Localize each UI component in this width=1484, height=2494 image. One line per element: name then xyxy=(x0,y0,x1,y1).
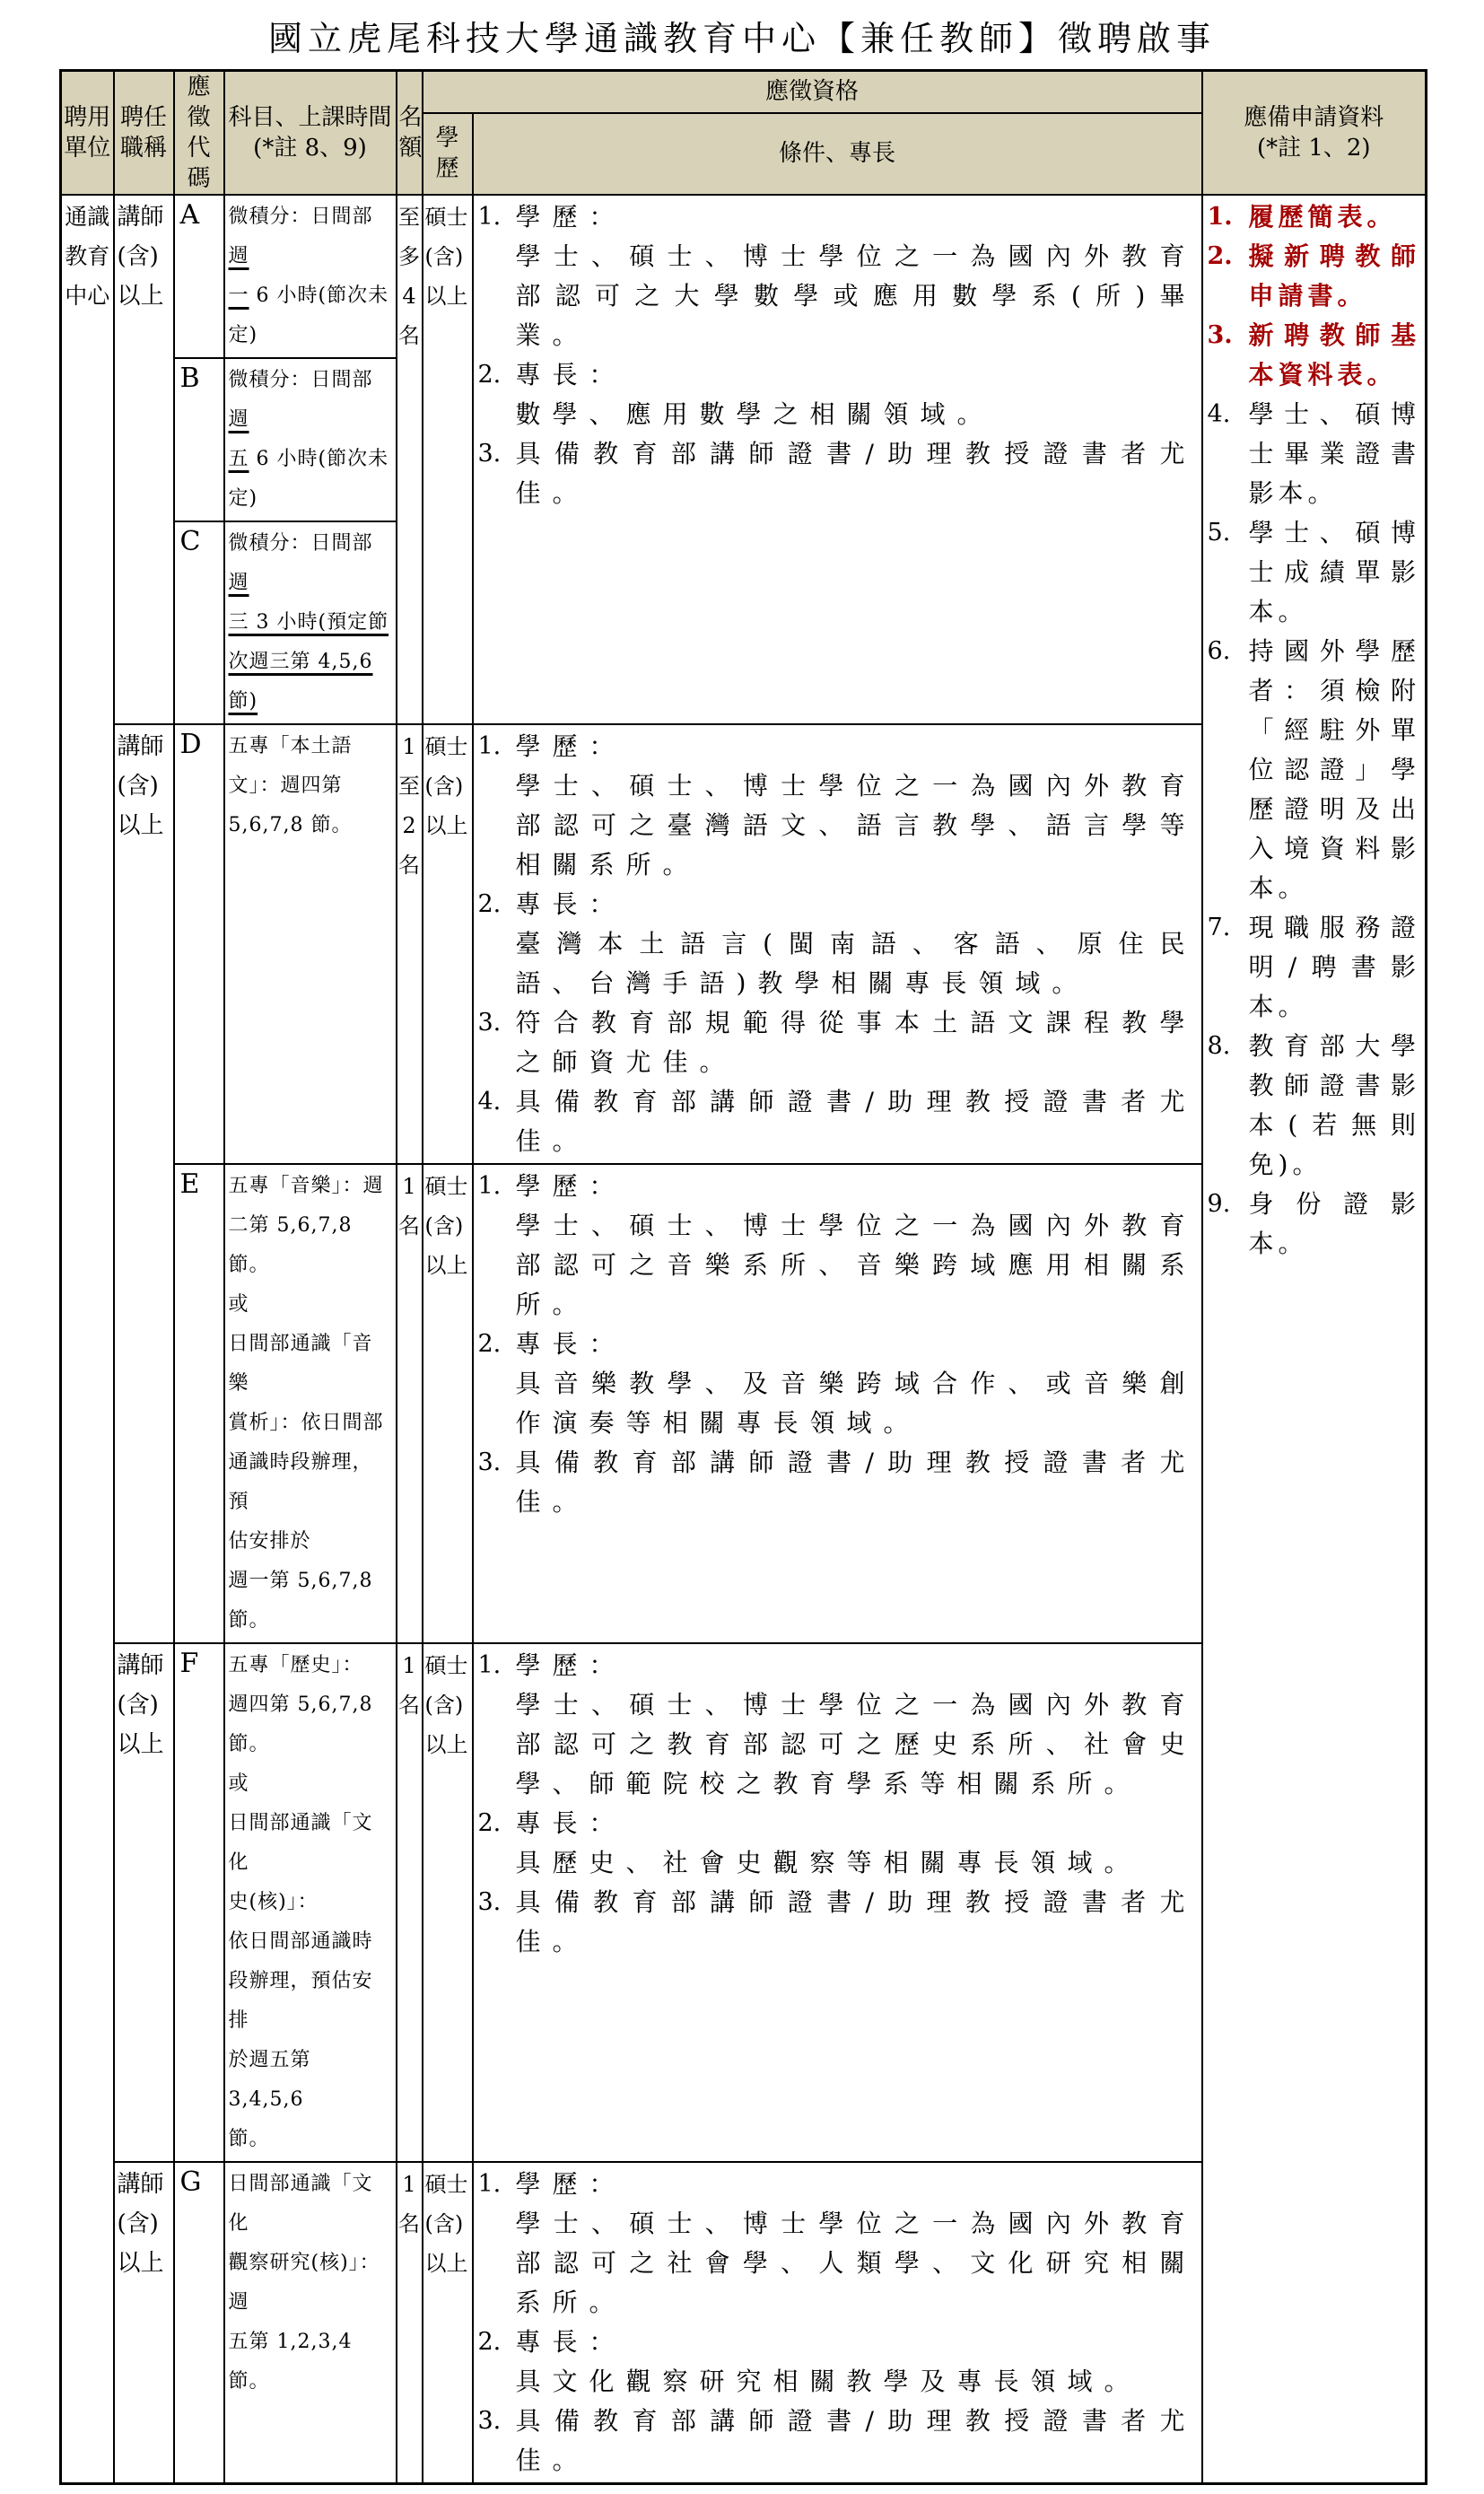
text-segment: 微積分：日間部 xyxy=(229,532,373,555)
education-cell-e: 碩士 (含) 以上 xyxy=(423,1164,473,1643)
education-cell-g: 碩士 (含) 以上 xyxy=(423,2162,473,2484)
header-position-title: 聘任職稱 xyxy=(114,71,174,196)
list-item-text: 學士、碩博士畢業證書影本。 xyxy=(1249,395,1421,513)
list-item-number: 2. xyxy=(478,1325,516,1364)
list-item-text: 符合教育部規範得從事本土語文課程教學之師資尤佳。 xyxy=(516,1003,1197,1082)
qualification-cell-f: 1.學歷： 學士、碩士、博士學位之一為國內外教育部認可之教育部認可之歷史系所、社… xyxy=(473,1643,1202,2162)
code-cell-e: E xyxy=(174,1164,224,1643)
page-title: 國立虎尾科技大學通識教育中心【兼任教師】徵聘啟事 xyxy=(59,11,1425,60)
header-subject-time: 科目、上課時間 (*註 8、9) xyxy=(224,71,397,196)
list-item-number: 1. xyxy=(478,1646,516,1685)
list-item: 2.專長： 臺灣本土語言(閩南語、客語、原住民語、台灣手語)教學相關專長領域。 xyxy=(478,885,1197,1003)
header-application-code: 應徵代碼 xyxy=(174,71,224,196)
list-item-text: 學歷： 學士、碩士、博士學位之一為國內外教育部認可之音樂系所、音樂跨域應用相關系… xyxy=(516,1167,1197,1325)
code-cell-c: C xyxy=(174,521,224,724)
list-item: 3.具備教育部講師證書/助理教授證書者尤佳。 xyxy=(478,434,1197,513)
qualification-cell-e: 1.學歷： 學士、碩士、博士學位之一為國內外教育部認可之音樂系所、音樂跨域應用相… xyxy=(473,1164,1202,1643)
list-item: 3.新聘教師基本資料表。 xyxy=(1208,316,1421,395)
list-item-number: 7. xyxy=(1208,908,1249,948)
list-item: 3.具備教育部講師證書/助理教授證書者尤佳。 xyxy=(478,1443,1197,1522)
qualification-cell-abc: 1.學歷： 學士、碩士、博士學位之一為國內外教育部認可之大學數學或應用數學系(所… xyxy=(473,195,1202,724)
list-item: 1.學歷： 學士、碩士、博士學位之一為國內外教育部認可之音樂系所、音樂跨域應用相… xyxy=(478,1167,1197,1325)
position-cell-de: 講師 (含) 以上 xyxy=(114,724,174,1643)
table-row-a: 通識 教育 中心 講師 (含) 以上 A 微積分：日間部週 一 6 小時(節次未… xyxy=(61,195,1427,358)
list-item-number: 3. xyxy=(478,1883,516,1922)
list-item-number: 5. xyxy=(1208,513,1249,553)
list-item-number: 3. xyxy=(478,2402,516,2441)
list-item-number: 2. xyxy=(478,2323,516,2362)
text-segment: 日間部通識「文化 觀察研究(核)」：週 五第 1,2,3,4 節。 xyxy=(229,2173,380,2393)
list-item: 1.履歷簡表。 xyxy=(1208,197,1421,237)
education-cell-d: 碩士 (含) 以上 xyxy=(423,724,473,1164)
list-item-text: 具備教育部講師證書/助理教授證書者尤佳。 xyxy=(516,1883,1197,1962)
education-cell-abc: 碩士 (含) 以上 xyxy=(423,195,473,724)
text-segment: 微積分：日間部 xyxy=(229,206,373,228)
list-item-text: 身份證影本。 xyxy=(1249,1185,1421,1264)
code-cell-g: G xyxy=(174,2162,224,2484)
header-documents: 應備申請資料 (*註 1、2) xyxy=(1202,71,1427,196)
text-segment: 6 小時(節次未定) xyxy=(229,448,389,510)
list-item-number: 1. xyxy=(478,197,516,237)
underlined-text: 週 五 xyxy=(229,408,249,470)
list-item-text: 具備教育部講師證書/助理教授證書者尤佳。 xyxy=(516,1443,1197,1522)
qualification-cell-g: 1.學歷： 學士、碩士、博士學位之一為國內外教育部認可之社會學、人類學、文化研究… xyxy=(473,2162,1202,2484)
subject-cell-b: 微積分：日間部週 五 6 小時(節次未定) xyxy=(224,358,397,521)
recruitment-table: 聘用單位 聘任職稱 應徵代碼 科目、上課時間 (*註 8、9) 名額 應徵資格 … xyxy=(59,69,1427,2485)
list-item-number: 3. xyxy=(478,434,516,474)
list-item: 1.學歷： 學士、碩士、博士學位之一為國內外教育部認可之教育部認可之歷史系所、社… xyxy=(478,1646,1197,1804)
list-item: 5.學士、碩博士成績單影本。 xyxy=(1208,513,1421,632)
list-item-number: 1. xyxy=(478,1167,516,1206)
list-item: 2.專長： 數學、應用數學之相關領域。 xyxy=(478,355,1197,434)
subject-cell-e: 五專「音樂」：週 二第 5,6,7,8 節。 或 日間部通識「音樂 賞析」：依日… xyxy=(224,1164,397,1643)
list-item-text: 學歷： 學士、碩士、博士學位之一為國內外教育部認可之大學數學或應用數學系(所)畢… xyxy=(516,197,1197,355)
list-item: 1.學歷： 學士、碩士、博士學位之一為國內外教育部認可之大學數學或應用數學系(所… xyxy=(478,197,1197,355)
subject-cell-a: 微積分：日間部週 一 6 小時(節次未定) xyxy=(224,195,397,358)
subject-cell-d: 五專「本土語 文」：週四第 5,6,7,8 節。 xyxy=(224,724,397,1164)
qualification-cell-d: 1.學歷： 學士、碩士、博士學位之一為國內外教育部認可之臺灣語文、語言教學、語言… xyxy=(473,724,1202,1164)
quota-cell-d: 1 至 2 名 xyxy=(397,724,423,1164)
list-item-number: 2. xyxy=(478,355,516,395)
list-item-number: 3. xyxy=(478,1003,516,1043)
position-cell-abc: 講師 (含) 以上 xyxy=(114,195,174,724)
text-segment: 微積分：日間部 xyxy=(229,369,373,391)
list-item: 2.擬新聘教師申請書。 xyxy=(1208,237,1421,316)
list-item: 2.專長： 具歷史、社會史觀察等相關專長領域。 xyxy=(478,1804,1197,1883)
quota-cell-e: 1 名 xyxy=(397,1164,423,1643)
documents-cell: 1.履歷簡表。2.擬新聘教師申請書。3.新聘教師基本資料表。4.學士、碩博士畢業… xyxy=(1202,195,1427,2484)
position-cell-g: 講師 (含) 以上 xyxy=(114,2162,174,2484)
quota-cell-f: 1 名 xyxy=(397,1643,423,2162)
list-item-text: 具備教育部講師證書/助理教授證書者尤佳。 xyxy=(516,434,1197,513)
list-item-text: 學歷： 學士、碩士、博士學位之一為國內外教育部認可之教育部認可之歷史系所、社會史… xyxy=(516,1646,1197,1804)
education-cell-f: 碩士 (含) 以上 xyxy=(423,1643,473,2162)
list-item-text: 履歷簡表。 xyxy=(1249,197,1421,237)
list-item-text: 專長： 具音樂教學、及音樂跨域合作、或音樂創作演奏等相關專長領域。 xyxy=(516,1325,1197,1443)
table-body: 通識 教育 中心 講師 (含) 以上 A 微積分：日間部週 一 6 小時(節次未… xyxy=(61,195,1427,2484)
hiring-unit-cell: 通識 教育 中心 xyxy=(61,195,114,2484)
header-hiring-unit: 聘用單位 xyxy=(61,71,114,196)
text-segment: 五專「歷史」： 週四第 5,6,7,8 節。 或 日間部通識「文化 史(核)」：… xyxy=(229,1654,373,2150)
subject-cell-g: 日間部通識「文化 觀察研究(核)」：週 五第 1,2,3,4 節。 xyxy=(224,2162,397,2484)
list-item: 2.專長： 具文化觀察研究相關教學及專長領域。 xyxy=(478,2323,1197,2402)
subject-cell-c: 微積分：日間部週 三 3 小時(預定節 次週三第 4,5,6 節) xyxy=(224,521,397,724)
list-item-text: 專長： 臺灣本土語言(閩南語、客語、原住民語、台灣手語)教學相關專長領域。 xyxy=(516,885,1197,1003)
list-item-number: 2. xyxy=(1208,237,1249,276)
code-cell-a: A xyxy=(174,195,224,358)
list-item-number: 1. xyxy=(1208,197,1249,237)
table-header: 聘用單位 聘任職稱 應徵代碼 科目、上課時間 (*註 8、9) 名額 應徵資格 … xyxy=(61,71,1427,196)
list-item-text: 現職服務證明/聘書影本。 xyxy=(1249,908,1421,1027)
list-item-text: 學歷： 學士、碩士、博士學位之一為國內外教育部認可之社會學、人類學、文化研究相關… xyxy=(516,2165,1197,2323)
list-item-text: 持國外學歷者：須檢附「經駐外單位認證」學歷證明及出入境資料影本。 xyxy=(1249,632,1421,908)
code-cell-d: D xyxy=(174,724,224,1164)
list-item-number: 9. xyxy=(1208,1185,1249,1224)
position-cell-f: 講師 (含) 以上 xyxy=(114,1643,174,2162)
quota-cell-abc: 至 多 4 名 xyxy=(397,195,423,724)
quota-cell-g: 1 名 xyxy=(397,2162,423,2484)
text-segment: 五專「本土語 文」：週四第 5,6,7,8 節。 xyxy=(229,735,353,836)
text-segment: 6 小時(節次未定) xyxy=(229,284,389,346)
list-item-number: 3. xyxy=(478,1443,516,1483)
list-item-number: 6. xyxy=(1208,632,1249,671)
list-item-text: 具備教育部講師證書/助理教授證書者尤佳。 xyxy=(516,1082,1197,1161)
list-item-number: 4. xyxy=(478,1082,516,1122)
list-item-text: 教育部大學教師證書影本(若無則免)。 xyxy=(1249,1027,1421,1185)
list-item: 3.符合教育部規範得從事本土語文課程教學之師資尤佳。 xyxy=(478,1003,1197,1082)
subject-cell-f: 五專「歷史」： 週四第 5,6,7,8 節。 或 日間部通識「文化 史(核)」：… xyxy=(224,1643,397,2162)
code-cell-b: B xyxy=(174,358,224,521)
list-item: 3.具備教育部講師證書/助理教授證書者尤佳。 xyxy=(478,1883,1197,1962)
underlined-text: 週 三 3 小時(預定節 次週三第 4,5,6 節) xyxy=(229,572,389,713)
list-item-text: 專長： 數學、應用數學之相關領域。 xyxy=(516,355,1197,434)
list-item: 7.現職服務證明/聘書影本。 xyxy=(1208,908,1421,1027)
list-item-number: 1. xyxy=(478,2165,516,2204)
list-item: 9.身份證影本。 xyxy=(1208,1185,1421,1264)
code-cell-f: F xyxy=(174,1643,224,2162)
list-item-text: 新聘教師基本資料表。 xyxy=(1249,316,1421,395)
list-item-text: 擬新聘教師申請書。 xyxy=(1249,237,1421,316)
list-item-text: 專長： 具歷史、社會史觀察等相關專長領域。 xyxy=(516,1804,1197,1883)
list-item: 6.持國外學歷者：須檢附「經駐外單位認證」學歷證明及出入境資料影本。 xyxy=(1208,632,1421,908)
list-item-text: 專長： 具文化觀察研究相關教學及專長領域。 xyxy=(516,2323,1197,2402)
list-item: 1.學歷： 學士、碩士、博士學位之一為國內外教育部認可之社會學、人類學、文化研究… xyxy=(478,2165,1197,2323)
header-qualification: 應徵資格 xyxy=(423,71,1202,113)
list-item-number: 4. xyxy=(1208,395,1249,434)
header-quota: 名額 xyxy=(397,71,423,196)
list-item-text: 學歷： 學士、碩士、博士學位之一為國內外教育部認可之臺灣語文、語言教學、語言學等… xyxy=(516,727,1197,885)
underlined-text: 週 一 xyxy=(229,245,249,307)
list-item: 3.具備教育部講師證書/助理教授證書者尤佳。 xyxy=(478,2402,1197,2481)
text-segment: 五專「音樂」：週 二第 5,6,7,8 節。 或 日間部通識「音樂 賞析」：依日… xyxy=(229,1175,384,1632)
list-item-text: 具備教育部講師證書/助理教授證書者尤佳。 xyxy=(516,2402,1197,2481)
document-page: 國立虎尾科技大學通識教育中心【兼任教師】徵聘啟事 聘用單位 聘任職稱 應徵代碼 … xyxy=(0,0,1484,2494)
list-item: 4.學士、碩博士畢業證書影本。 xyxy=(1208,395,1421,513)
list-item-number: 1. xyxy=(478,727,516,766)
list-item-number: 2. xyxy=(478,885,516,924)
header-conditions: 條件、專長 xyxy=(473,113,1202,195)
list-item-text: 學士、碩博士成績單影本。 xyxy=(1249,513,1421,632)
list-item: 4.具備教育部講師證書/助理教授證書者尤佳。 xyxy=(478,1082,1197,1161)
header-education: 學歷 xyxy=(423,113,473,195)
list-item-number: 2. xyxy=(478,1804,516,1843)
list-item: 2.專長： 具音樂教學、及音樂跨域合作、或音樂創作演奏等相關專長領域。 xyxy=(478,1325,1197,1443)
list-item: 8.教育部大學教師證書影本(若無則免)。 xyxy=(1208,1027,1421,1185)
list-item: 1.學歷： 學士、碩士、博士學位之一為國內外教育部認可之臺灣語文、語言教學、語言… xyxy=(478,727,1197,885)
list-item-number: 3. xyxy=(1208,316,1249,355)
list-item-number: 8. xyxy=(1208,1027,1249,1066)
